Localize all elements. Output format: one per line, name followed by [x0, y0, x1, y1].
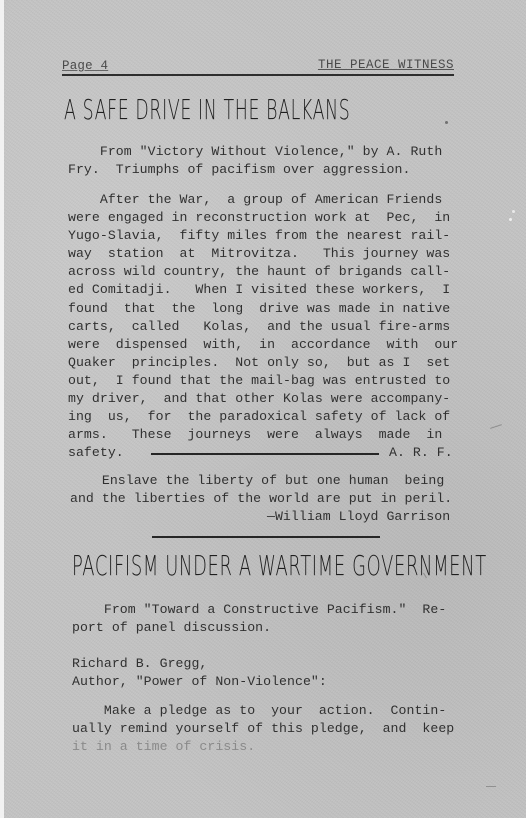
paper-mark — [486, 786, 496, 787]
quote-line: Enslave the liberty of but one human bei… — [70, 472, 466, 490]
body-line: across wild country, the haunt of brigan… — [68, 263, 464, 281]
paper-speck — [509, 218, 512, 221]
body-line: Yugo-Slavia, fifty miles from the neares… — [68, 227, 464, 245]
speaker-title: Author, "Power of Non-Violence": — [72, 673, 468, 691]
article2-body: Make a pledge as to your action. Contin-… — [72, 702, 468, 756]
source-line: From "Toward a Constructive Pacifism." R… — [72, 601, 468, 619]
body-line: arms. These journeys were always made in — [68, 426, 464, 444]
document-page: Page 4 THE PEACE WITNESS A SAFE DRIVE IN… — [4, 0, 526, 818]
quote-block: Enslave the liberty of but one human bei… — [70, 472, 466, 526]
section-divider — [151, 453, 379, 455]
scan-edge — [0, 0, 4, 818]
article1-source: From "Victory Without Violence," by A. R… — [68, 143, 464, 179]
source-line: port of panel discussion. — [72, 619, 468, 637]
body-line: were engaged in reconstruction work at P… — [68, 209, 464, 227]
body-line: After the War, a group of American Frien… — [68, 191, 464, 209]
body-line: found that the long drive was made in na… — [68, 300, 464, 318]
body-line: ing us, for the paradoxical safety of la… — [68, 408, 464, 426]
body-line: safety. — [68, 445, 124, 460]
paper-speck — [445, 121, 448, 124]
article1-body: After the War, a group of American Frien… — [68, 191, 464, 462]
body-line: Make a pledge as to your action. Contin- — [72, 702, 468, 720]
body-line: were dispensed with, in accordance with … — [68, 336, 464, 354]
paper-speck — [512, 210, 515, 213]
article-headline-safe-drive: A SAFE DRIVE IN THE BALKANS — [64, 93, 350, 126]
quote-line: and the liberties of the world are put i… — [70, 490, 466, 508]
body-line: ed Comitadji. When I visited these worke… — [68, 281, 464, 299]
section-divider — [152, 536, 380, 538]
page-header: Page 4 THE PEACE WITNESS — [62, 56, 454, 76]
source-line: From "Victory Without Violence," by A. R… — [68, 143, 464, 161]
body-line: ually remind yourself of this pledge, an… — [72, 720, 468, 738]
page-number: Page 4 — [62, 59, 108, 73]
body-line: Quaker principles. Not only so, but as I… — [68, 354, 464, 372]
speaker-name: Richard B. Gregg, — [72, 655, 468, 673]
publication-title: THE PEACE WITNESS — [318, 58, 454, 72]
body-line: way station at Mitrovitza. This journey … — [68, 245, 464, 263]
article-signature: A. R. F. — [389, 444, 453, 462]
body-line: out, I found that the mail-bag was entru… — [68, 372, 464, 390]
article2-source: From "Toward a Constructive Pacifism." R… — [72, 601, 468, 637]
body-line: carts, called Kolas, and the usual fire-… — [68, 318, 464, 336]
body-line-faded: it in a time of crisis. — [72, 738, 468, 756]
quote-attribution: —William Lloyd Garrison — [70, 508, 466, 526]
paper-mark — [490, 424, 502, 429]
body-line: my driver, and that other Kolas were acc… — [68, 390, 464, 408]
source-line: Fry. Triumphs of pacifism over aggressio… — [68, 161, 464, 179]
speaker-block: Richard B. Gregg,Author, "Power of Non-V… — [72, 655, 468, 691]
